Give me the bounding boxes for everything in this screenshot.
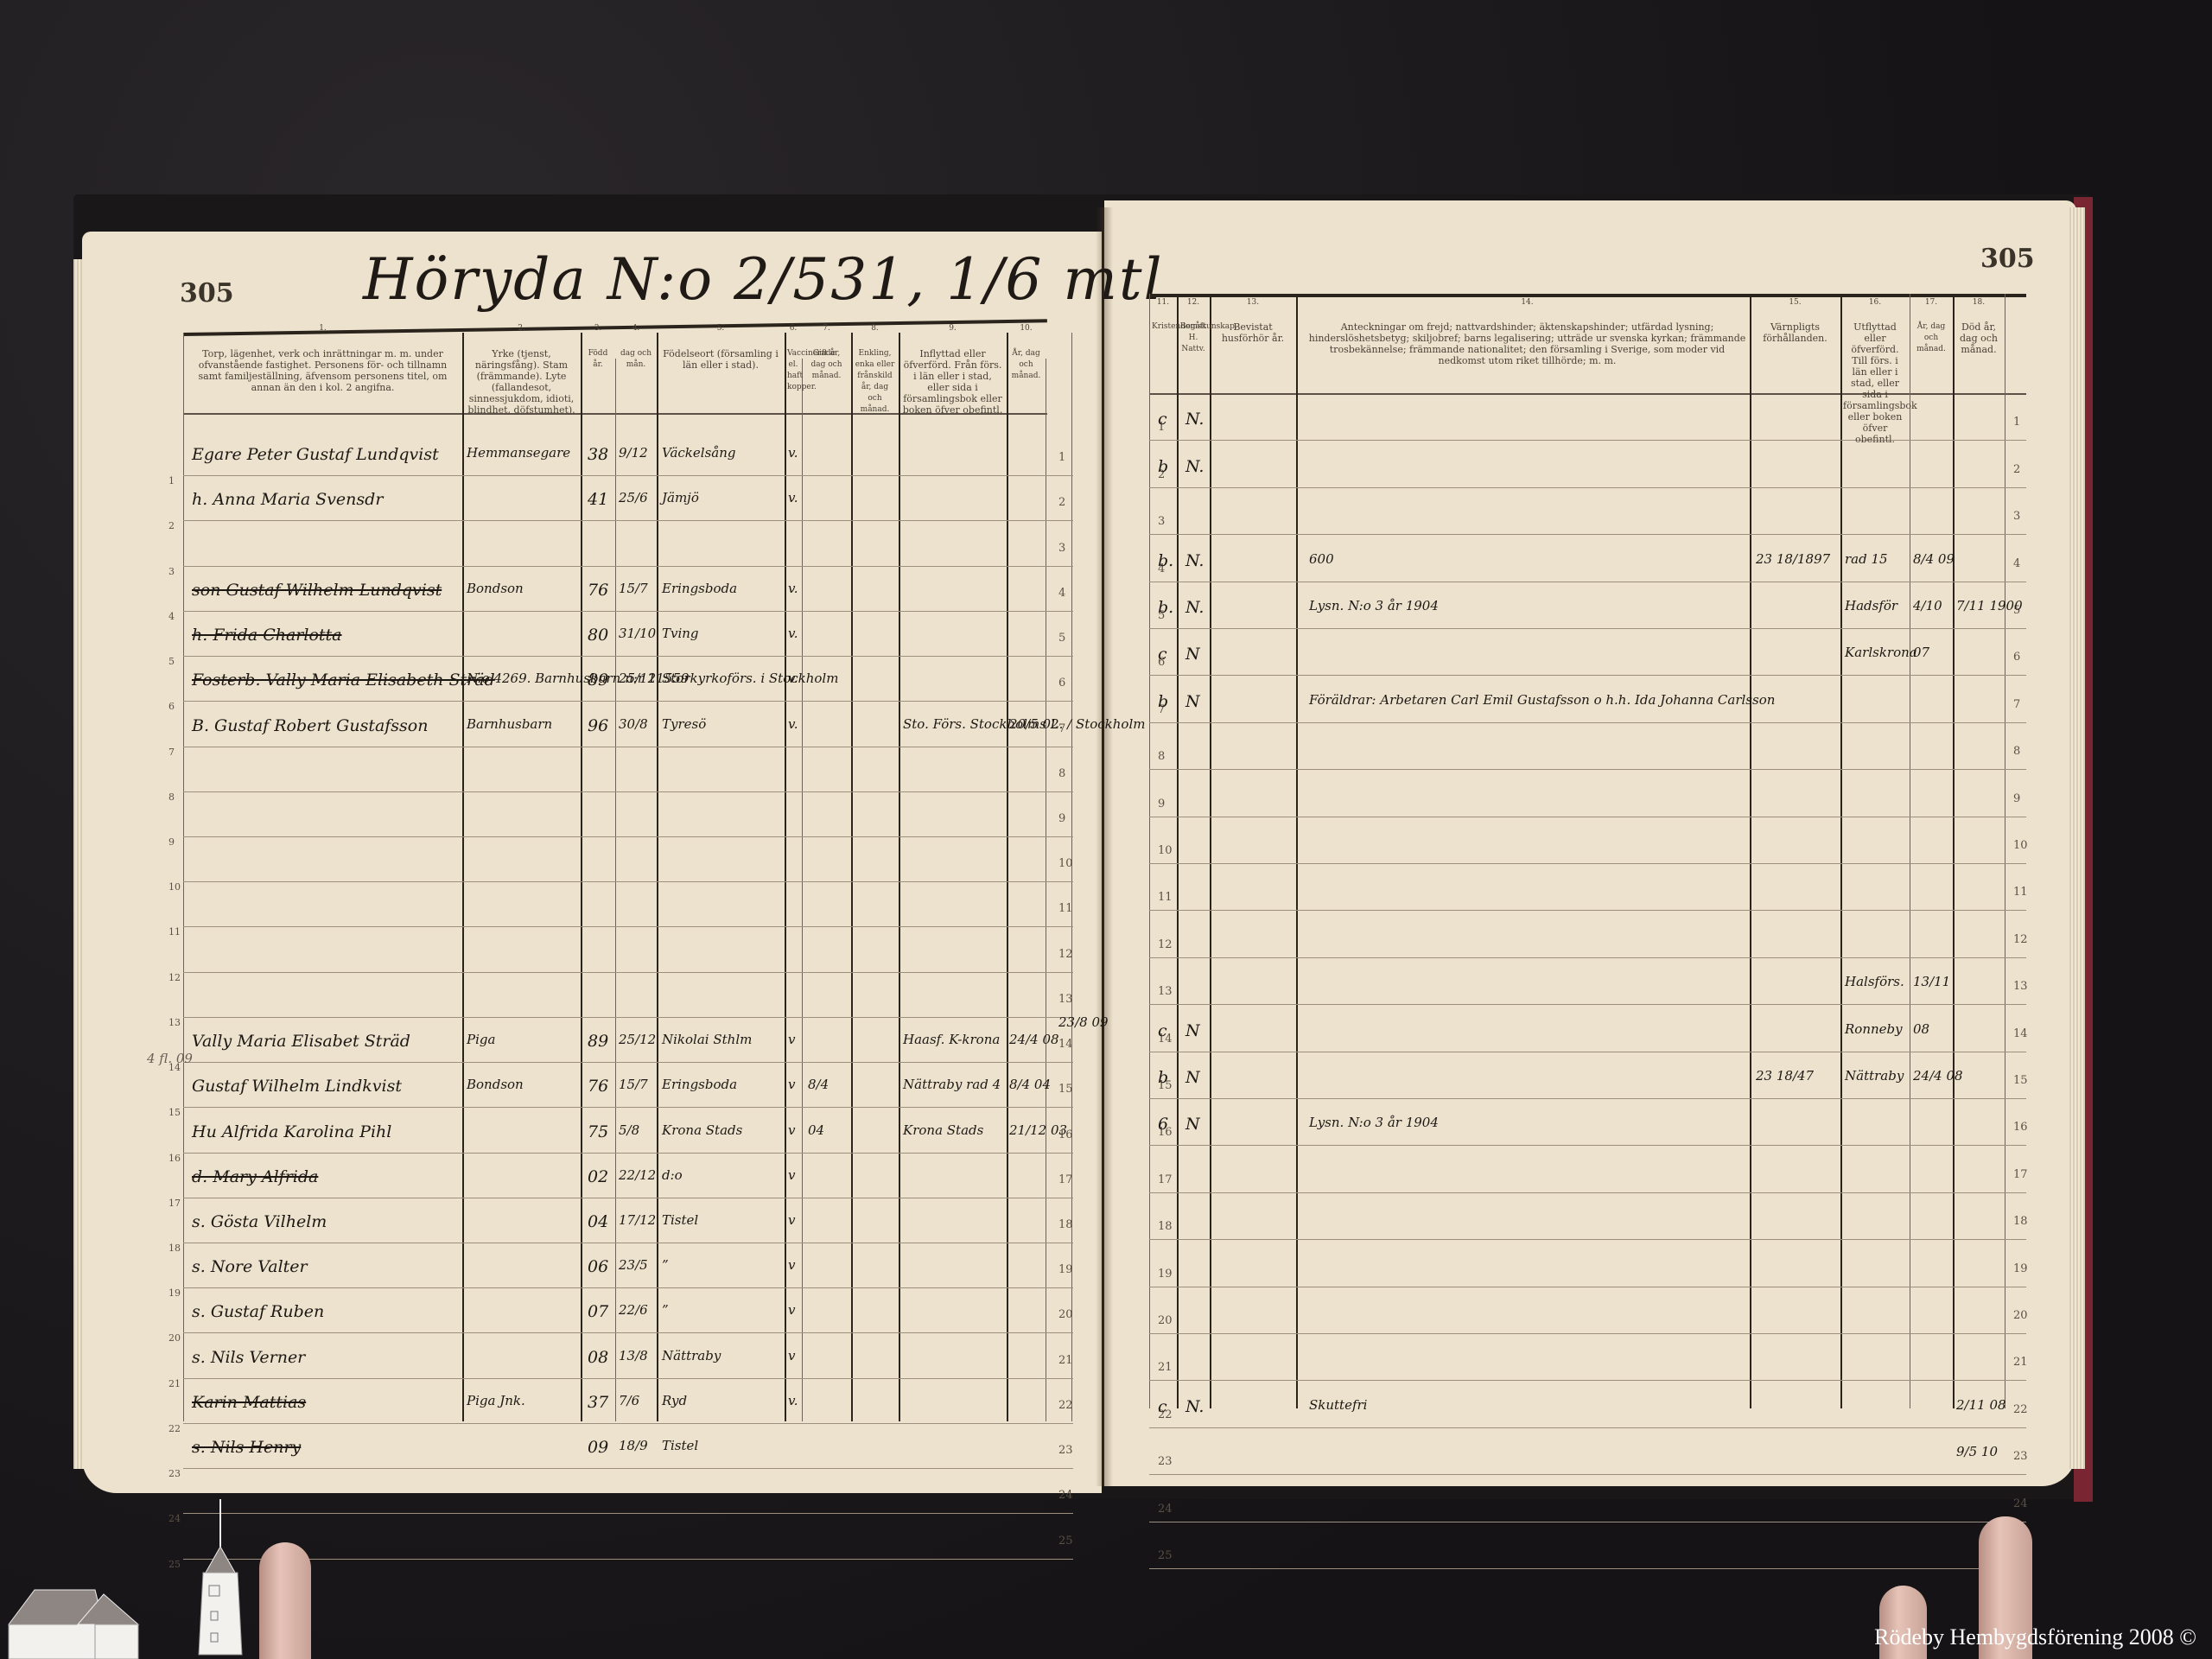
entry-vaccinated: v. xyxy=(788,716,798,732)
right-row-number-outer: 17 xyxy=(2013,1168,2028,1181)
left-row-rule xyxy=(183,972,1073,973)
left-row-number: 24 xyxy=(1058,1489,1073,1502)
entry-occupation: Bondson xyxy=(467,581,524,596)
left-row-rule xyxy=(183,926,1073,927)
right-row-rule xyxy=(1149,1568,2026,1569)
entry-birth-daymonth: 22/6 xyxy=(619,1302,648,1318)
left-row-number-inner: 2 xyxy=(168,520,175,531)
left-row-rule xyxy=(183,791,1073,792)
entry-nattvard: N xyxy=(1185,645,1200,664)
left-row-rule xyxy=(183,656,1073,657)
left-column-rule-thin xyxy=(1046,359,1046,1421)
entry-moved-from: Krona Stads xyxy=(903,1122,983,1138)
left-row-number: 25 xyxy=(1058,1535,1073,1548)
left-row-number-inner: 3 xyxy=(168,566,175,577)
entry-birthplace: Eringsboda xyxy=(662,581,737,596)
right-row-number-outer: 6 xyxy=(2013,651,2020,664)
left-row-number-inner: 8 xyxy=(168,791,175,803)
entry-name: h. Anna Maria Svensdr xyxy=(192,490,383,509)
left-row-number-inner: 16 xyxy=(168,1153,181,1164)
left-row-number: 12 xyxy=(1058,948,1073,961)
right-row-number: 24 xyxy=(1158,1503,1173,1516)
right-row-number: 9 xyxy=(1158,798,1165,810)
entry-nattvard: N. xyxy=(1185,410,1204,429)
entry-kristendom: b. xyxy=(1158,551,1173,570)
right-row-number-outer: 11 xyxy=(2013,886,2028,899)
left-row-number: 22 xyxy=(1058,1399,1073,1412)
entry-death-date: 7/11 1900 xyxy=(1956,598,2023,613)
left-row-number: 4 xyxy=(1058,587,1065,600)
left-column-rule-thin xyxy=(802,359,803,1421)
right-row-rule xyxy=(1149,863,2026,864)
right-header-number: 12. xyxy=(1177,298,1210,307)
left-row-number-inner: 21 xyxy=(168,1378,181,1389)
church-logo-icon xyxy=(0,1503,190,1659)
left-row-number: 20 xyxy=(1058,1308,1073,1321)
right-row-number-outer: 1 xyxy=(2013,416,2020,429)
entry-name: Karin Mattias xyxy=(192,1393,306,1412)
entry-name: h. Frida Charlotta xyxy=(192,626,342,645)
right-column-rule xyxy=(1296,294,1298,1408)
right-row-number-outer: 18 xyxy=(2013,1215,2028,1228)
entry-notes: Lysn. N:o 3 år 1904 xyxy=(1309,598,1439,613)
right-row-number-outer: 9 xyxy=(2013,792,2020,805)
left-header-number: 1. xyxy=(183,324,462,333)
entry-birthplace: Krona Stads xyxy=(662,1122,742,1138)
right-row-number-outer: 23 xyxy=(2013,1450,2028,1463)
entry-birthplace: Tyresö xyxy=(662,716,706,732)
right-column-rule xyxy=(1177,294,1179,1408)
entry-name: s. Nils Henry xyxy=(192,1438,301,1457)
entry-birthplace: Nikolai Sthlm xyxy=(662,1032,752,1047)
entry-birth-daymonth: 23/5 xyxy=(619,1257,648,1273)
right-row-rule xyxy=(1149,487,2026,488)
left-row-number: 23 xyxy=(1058,1444,1073,1457)
entry-notes: Lysn. N:o 3 år 1904 xyxy=(1309,1115,1439,1130)
left-row-number: 3 xyxy=(1058,542,1065,555)
left-row-number-inner: 4 xyxy=(168,611,175,622)
entry-kristendom: c xyxy=(1158,410,1167,429)
right-row-number: 18 xyxy=(1158,1220,1173,1233)
entry-birth-daymonth: 9/12 xyxy=(619,445,648,461)
right-row-rule xyxy=(1149,1287,2026,1287)
entry-nattvard: N. xyxy=(1185,551,1204,570)
left-column-rule xyxy=(899,333,900,1421)
left-header-number: 10. xyxy=(1007,324,1046,333)
entry-birthplace: Ryd xyxy=(662,1393,687,1408)
right-header-7: År, dag och månad. xyxy=(1912,321,1950,355)
entry-kristendom: b xyxy=(1158,692,1168,711)
left-row-number: 15 xyxy=(1058,1083,1073,1096)
entry-vaccinated: v xyxy=(788,1348,795,1363)
right-header-3: Bevistat husförhör år. xyxy=(1212,321,1294,344)
entry-birthplace: Tistel xyxy=(662,1212,698,1228)
left-row-number: 5 xyxy=(1058,632,1065,645)
entry-vaccinated: v. xyxy=(788,581,798,596)
right-row-rule xyxy=(1149,1192,2026,1193)
right-row-number-outer: 24 xyxy=(2013,1497,2028,1510)
entry-vaccinated: v. xyxy=(788,490,798,505)
entry-moved-from: Haasf. K-krona xyxy=(903,1032,1000,1047)
left-row-number-inner: 6 xyxy=(168,701,175,712)
right-row-rule xyxy=(1149,1098,2026,1099)
right-row-number-outer: 20 xyxy=(2013,1309,2028,1322)
left-header-10: År, dag och månad. xyxy=(1009,348,1043,382)
entry-birthplace: Tving xyxy=(662,626,699,641)
right-row-number: 3 xyxy=(1158,515,1165,528)
entry-notes: Föräldrar: Arbetaren Carl Emil Gustafsso… xyxy=(1309,692,1775,708)
entry-moved-to: Ronneby xyxy=(1845,1021,1903,1037)
left-header-2: Yrke (tjenst, näringsfång). Stam (främma… xyxy=(465,348,578,416)
entry-notes: Skuttefri xyxy=(1309,1397,1367,1413)
entry-birthplace: ” xyxy=(662,1257,669,1273)
left-column-rule-thin xyxy=(615,359,616,1421)
entry-moved-to: Halsförs. xyxy=(1845,974,1904,989)
entry-birth-daymonth: 7/6 xyxy=(619,1393,639,1408)
entry-birth-year: 75 xyxy=(588,1122,608,1141)
entry-birth-year: 38 xyxy=(588,445,608,464)
left-header-number: 8. xyxy=(851,324,899,333)
right-row-number-outer: 2 xyxy=(2013,463,2020,476)
entry-birthplace: Väckelsång xyxy=(662,445,735,461)
entry-moved-to: Karlskrona xyxy=(1845,645,1917,660)
entry-occupation: Hemmansegare xyxy=(467,445,570,461)
entry-name: Vally Maria Elisabet Sträd xyxy=(192,1032,410,1051)
left-row-rule xyxy=(183,701,1073,702)
right-header-number: 18. xyxy=(1953,298,2005,307)
right-header-number: 15. xyxy=(1750,298,1840,307)
left-header-number: 7. xyxy=(802,324,851,333)
left-row-number-inner: 13 xyxy=(168,1017,181,1028)
left-row-number-inner: 5 xyxy=(168,656,175,667)
right-row-number-outer: 21 xyxy=(2013,1356,2028,1369)
left-row-number: 11 xyxy=(1058,902,1073,915)
right-row-rule xyxy=(1149,769,2026,770)
left-row-number: 10 xyxy=(1058,857,1073,870)
left-header-6: Vaccinerade el. haft kopper. xyxy=(787,348,799,393)
left-row-rule xyxy=(183,1062,1073,1063)
entry-birth-daymonth: 22/12 xyxy=(619,1167,656,1183)
right-row-rule xyxy=(1149,1052,2026,1052)
left-header-5: Födelseort (församling i län eller i sta… xyxy=(659,348,782,371)
entry-name: son Gustaf Wilhelm Lundqvist xyxy=(192,581,442,600)
left-row-rule xyxy=(183,747,1073,747)
entry-kristendom: b xyxy=(1158,1068,1168,1087)
left-row-number-inner: 12 xyxy=(168,972,181,983)
entry-nattvard: N. xyxy=(1185,1397,1204,1416)
left-header-7: Gift år, dag och månad. xyxy=(804,348,849,382)
entry-birth-daymonth: 17/12 xyxy=(619,1212,656,1228)
entry-moved-from: Nättraby rad 4 xyxy=(903,1077,1001,1092)
left-row-rule xyxy=(183,1468,1073,1469)
entry-name: B. Gustaf Robert Gustafsson xyxy=(192,716,429,735)
right-row-rule xyxy=(1149,817,2026,817)
left-row-rule xyxy=(183,1378,1073,1379)
left-margin-rule xyxy=(183,333,184,1421)
entry-nattvard: N xyxy=(1185,1021,1200,1040)
left-row-number: 1 xyxy=(1058,451,1065,464)
copyright-watermark: Rödeby Hembygdsförening 2008 © xyxy=(1874,1624,2196,1650)
entry-moved-to: rad 15 xyxy=(1845,551,1888,567)
right-row-number-outer: 12 xyxy=(2013,933,2028,946)
entry-nattvard: N. xyxy=(1185,457,1204,476)
right-header-4: Anteckningar om frejd; nattvardshinder; … xyxy=(1307,321,1747,366)
entry-varnplikt: 23 18/1897 xyxy=(1756,551,1830,567)
right-row-number: 17 xyxy=(1158,1173,1173,1186)
right-row-number: 23 xyxy=(1158,1455,1173,1468)
right-row-number: 13 xyxy=(1158,985,1173,998)
entry-vaccinated: v. xyxy=(788,671,798,686)
left-header-3: Född år. xyxy=(583,348,613,371)
right-column-rule xyxy=(1840,294,1842,1408)
entry-married: 04 xyxy=(808,1122,824,1138)
entry-kristendom: c xyxy=(1158,1021,1167,1040)
right-row-number-outer: 16 xyxy=(2013,1121,2028,1134)
right-column-rule-thin xyxy=(1149,294,1150,1408)
left-header-number: 5. xyxy=(657,324,785,333)
right-header-number: 14. xyxy=(1305,298,1750,307)
entry-birth-daymonth: 31/10 xyxy=(619,626,656,641)
entry-name: d. Mary Alfrida xyxy=(192,1167,318,1186)
entry-birth-daymonth: 15/7 xyxy=(619,1077,648,1092)
entry-moved-from-date: 20/5 02 xyxy=(1009,716,1059,732)
left-header-number: 9. xyxy=(899,324,1007,333)
right-row-number-outer: 3 xyxy=(2013,510,2020,523)
entry-nattvard: N. xyxy=(1185,598,1204,617)
left-row-rule xyxy=(183,1423,1073,1424)
left-row-rule xyxy=(183,520,1073,521)
right-row-rule xyxy=(1149,957,2026,958)
entry-birth-daymonth: 13/8 xyxy=(619,1348,648,1363)
left-row-number: 13 xyxy=(1058,993,1073,1006)
entry-birth-year: 37 xyxy=(588,1393,608,1412)
right-header-8: Död år, dag och månad. xyxy=(1955,321,2002,355)
right-row-number: 25 xyxy=(1158,1549,1173,1562)
entry-vaccinated: v. xyxy=(788,445,798,461)
left-row-rule xyxy=(183,1332,1073,1333)
entry-birth-year: 02 xyxy=(588,1167,608,1186)
entry-birth-year: 07 xyxy=(588,1302,608,1321)
right-row-rule xyxy=(1149,722,2026,723)
entry-kristendom: c xyxy=(1158,1397,1167,1416)
right-row-number: 19 xyxy=(1158,1268,1173,1281)
entry-moved-date: 8/4 09 xyxy=(1913,551,1955,567)
right-header-number: 16. xyxy=(1840,298,1910,307)
left-row-number-inner: 7 xyxy=(168,747,175,758)
entry-birthplace: Jämjö xyxy=(662,490,699,505)
left-row-number: 8 xyxy=(1058,767,1065,780)
entry-nattvard: N xyxy=(1185,1115,1200,1134)
right-row-rule xyxy=(1149,628,2026,629)
right-row-number-outer: 7 xyxy=(2013,698,2020,711)
left-row-number-inner: 10 xyxy=(168,881,181,893)
farm-title: Höryda N:o 2/531, 1/6 mtl xyxy=(363,246,1164,313)
left-row-number-inner: 18 xyxy=(168,1243,181,1254)
left-row-number: 21 xyxy=(1058,1354,1073,1367)
entry-moved-date: 4/10 xyxy=(1913,598,1942,613)
left-header-number: 4. xyxy=(615,324,657,333)
entry-name: Egare Peter Gustaf Lundqvist xyxy=(192,445,439,464)
entry-birth-year: 89 xyxy=(588,671,608,690)
right-row-rule xyxy=(1149,675,2026,676)
entry-birth-year: 41 xyxy=(588,490,608,509)
entry-vaccinated: v xyxy=(788,1032,795,1047)
left-column-rule xyxy=(851,333,853,1421)
left-header-number: 2. xyxy=(462,324,581,333)
entry-vaccinated: v. xyxy=(788,626,798,641)
left-rownum-rule xyxy=(1071,333,1072,1421)
right-row-number-outer: 19 xyxy=(2013,1262,2028,1275)
entry-moved-from-date: 24/4 08 xyxy=(1009,1032,1059,1047)
left-column-rule xyxy=(581,333,582,1421)
left-row-rule xyxy=(183,1559,1073,1560)
right-row-number-outer: 14 xyxy=(2013,1027,2028,1040)
entry-notes: 600 xyxy=(1309,551,1334,567)
entry-death-date: 2/11 08 xyxy=(1956,1397,2006,1413)
right-header-number: 13. xyxy=(1210,298,1296,307)
right-row-rule xyxy=(1149,910,2026,911)
entry-birth-daymonth: 25/12 xyxy=(619,1032,656,1047)
bell-tower-logo-icon xyxy=(190,1499,251,1659)
left-row-number-inner: 1 xyxy=(168,475,175,486)
left-row-number: 6 xyxy=(1058,677,1065,690)
right-row-number-outer: 10 xyxy=(2013,839,2028,852)
entry-name: Hu Alfrida Karolina Pihl xyxy=(192,1122,391,1141)
right-column-rule-thin xyxy=(2005,294,2005,1408)
right-row-rule xyxy=(1149,1474,2026,1475)
finger-left xyxy=(259,1542,311,1659)
right-row-number: 20 xyxy=(1158,1314,1173,1327)
entry-name: s. Nore Valter xyxy=(192,1257,308,1276)
entry-birthplace: d:o xyxy=(662,1167,683,1183)
right-row-number: 10 xyxy=(1158,844,1173,857)
entry-birthplace: Storkyrkoförs. i Stockholm xyxy=(662,671,838,686)
left-row-number-inner: 23 xyxy=(168,1468,181,1479)
page-edges-right xyxy=(2069,207,2085,1469)
book-gutter xyxy=(1096,207,1113,1486)
entry-birth-year: 04 xyxy=(588,1212,608,1231)
entry-kristendom: b xyxy=(1158,457,1168,476)
left-row-number-inner: 20 xyxy=(168,1332,181,1344)
entry-vaccinated: v. xyxy=(788,1393,798,1408)
right-header-6: Utflyttad eller öfverförd. Till förs. i … xyxy=(1843,321,1907,445)
entry-vaccinated: v xyxy=(788,1212,795,1228)
entry-birth-daymonth: 25/6 xyxy=(619,490,648,505)
entry-occupation: Piga Jnk. xyxy=(467,1393,525,1408)
left-header-number: 6. xyxy=(785,324,802,333)
entry-moved-to: Nättraby xyxy=(1845,1068,1904,1084)
left-header-9: Inflyttad eller öfverförd. Från förs. i … xyxy=(901,348,1004,416)
left-header-1: Torp, lägenhet, verk och inrättningar m.… xyxy=(186,348,460,393)
entry-birth-year: 08 xyxy=(588,1348,608,1367)
left-column-rule xyxy=(785,333,786,1421)
entry-name: Fosterb. Vally Maria Elisabeth Sträd xyxy=(192,671,495,690)
left-column-rule xyxy=(462,333,464,1421)
entry-birth-year: 80 xyxy=(588,626,608,645)
right-row-rule xyxy=(1149,1380,2026,1381)
left-row-rule xyxy=(183,1153,1073,1154)
entry-married: 8/4 xyxy=(808,1077,829,1092)
left-header-4: dag och mån. xyxy=(618,348,654,371)
right-row-rule xyxy=(1149,1004,2026,1005)
entry-vaccinated: v xyxy=(788,1257,795,1273)
right-row-rule xyxy=(1149,1333,2026,1334)
right-row-number-outer: 8 xyxy=(2013,745,2020,758)
entry-birthplace: Eringsboda xyxy=(662,1077,737,1092)
right-column-rule xyxy=(1210,294,1211,1408)
left-row-rule xyxy=(183,1198,1073,1198)
left-row-number: 18 xyxy=(1058,1218,1073,1231)
entry-name: s. Nils Verner xyxy=(192,1348,305,1367)
right-header-2: Begått H. Nattv. xyxy=(1179,321,1207,355)
right-row-rule xyxy=(1149,582,2026,582)
left-row-rule xyxy=(183,1287,1073,1288)
right-row-number-outer: 4 xyxy=(2013,557,2020,570)
right-row-number-outer: 22 xyxy=(2013,1403,2028,1416)
entry-moved-from-date: 8/4 04 xyxy=(1009,1077,1051,1092)
right-row-number: 21 xyxy=(1158,1361,1173,1374)
left-row-number: 9 xyxy=(1058,812,1065,825)
entry-nattvard: N xyxy=(1185,1068,1200,1087)
entry-margin-date: 23/8 09 xyxy=(1058,1014,1109,1030)
left-row-number-inner: 19 xyxy=(168,1287,181,1299)
right-row-number-outer: 15 xyxy=(2013,1074,2028,1087)
entry-birth-year: 89 xyxy=(588,1032,608,1051)
left-header-8: Enkling, enka eller frånskild år, dag oc… xyxy=(854,348,896,416)
entry-birth-year: 76 xyxy=(588,1077,608,1096)
entry-birth-daymonth: 25/12 xyxy=(619,671,656,686)
entry-birthplace: ” xyxy=(662,1302,669,1318)
entry-name: s. Gustaf Ruben xyxy=(192,1302,324,1321)
entry-occupation: Piga xyxy=(467,1032,495,1047)
left-row-rule xyxy=(183,1017,1073,1018)
entry-kristendom: 6 xyxy=(1158,1115,1168,1134)
left-row-rule xyxy=(183,881,1073,882)
left-column-rule xyxy=(1007,333,1008,1421)
right-page-number: 305 xyxy=(1980,244,2035,274)
entry-moved-date: 07 xyxy=(1913,645,1929,660)
left-row-number-inner: 15 xyxy=(168,1107,181,1118)
entry-left-margin: 4 fl. 09 xyxy=(147,1051,193,1066)
left-row-number-inner: 22 xyxy=(168,1423,181,1434)
entry-moved-date: 08 xyxy=(1913,1021,1929,1037)
entry-nattvard: N xyxy=(1185,692,1200,711)
right-row-number: 11 xyxy=(1158,891,1173,904)
entry-varnplikt: 23 18/47 xyxy=(1756,1068,1814,1084)
entry-name: s. Gösta Vilhelm xyxy=(192,1212,327,1231)
right-header-number: 17. xyxy=(1910,298,1953,307)
entry-vaccinated: v xyxy=(788,1122,795,1138)
left-row-number: 19 xyxy=(1058,1263,1073,1276)
left-page-number: 305 xyxy=(180,278,234,308)
right-row-number: 8 xyxy=(1158,750,1165,763)
entry-birth-year: 76 xyxy=(588,581,608,600)
left-row-rule xyxy=(183,566,1073,567)
entry-kristendom: b. xyxy=(1158,598,1173,617)
right-row-rule xyxy=(1149,1427,2026,1428)
entry-birth-daymonth: 5/8 xyxy=(619,1122,639,1138)
left-row-rule xyxy=(183,1243,1073,1243)
entry-moved-from-date: 21/12 03 xyxy=(1009,1122,1067,1138)
left-row-number: 14 xyxy=(1058,1038,1073,1051)
entry-birth-daymonth: 18/9 xyxy=(619,1438,648,1453)
right-row-number-outer: 13 xyxy=(2013,980,2028,993)
right-header-1: Kristendomskunskap. xyxy=(1152,321,1174,333)
entry-birth-daymonth: 15/7 xyxy=(619,581,648,596)
entry-vaccinated: v xyxy=(788,1302,795,1318)
right-row-rule xyxy=(1149,1522,2026,1522)
entry-birth-daymonth: 30/8 xyxy=(619,716,648,732)
